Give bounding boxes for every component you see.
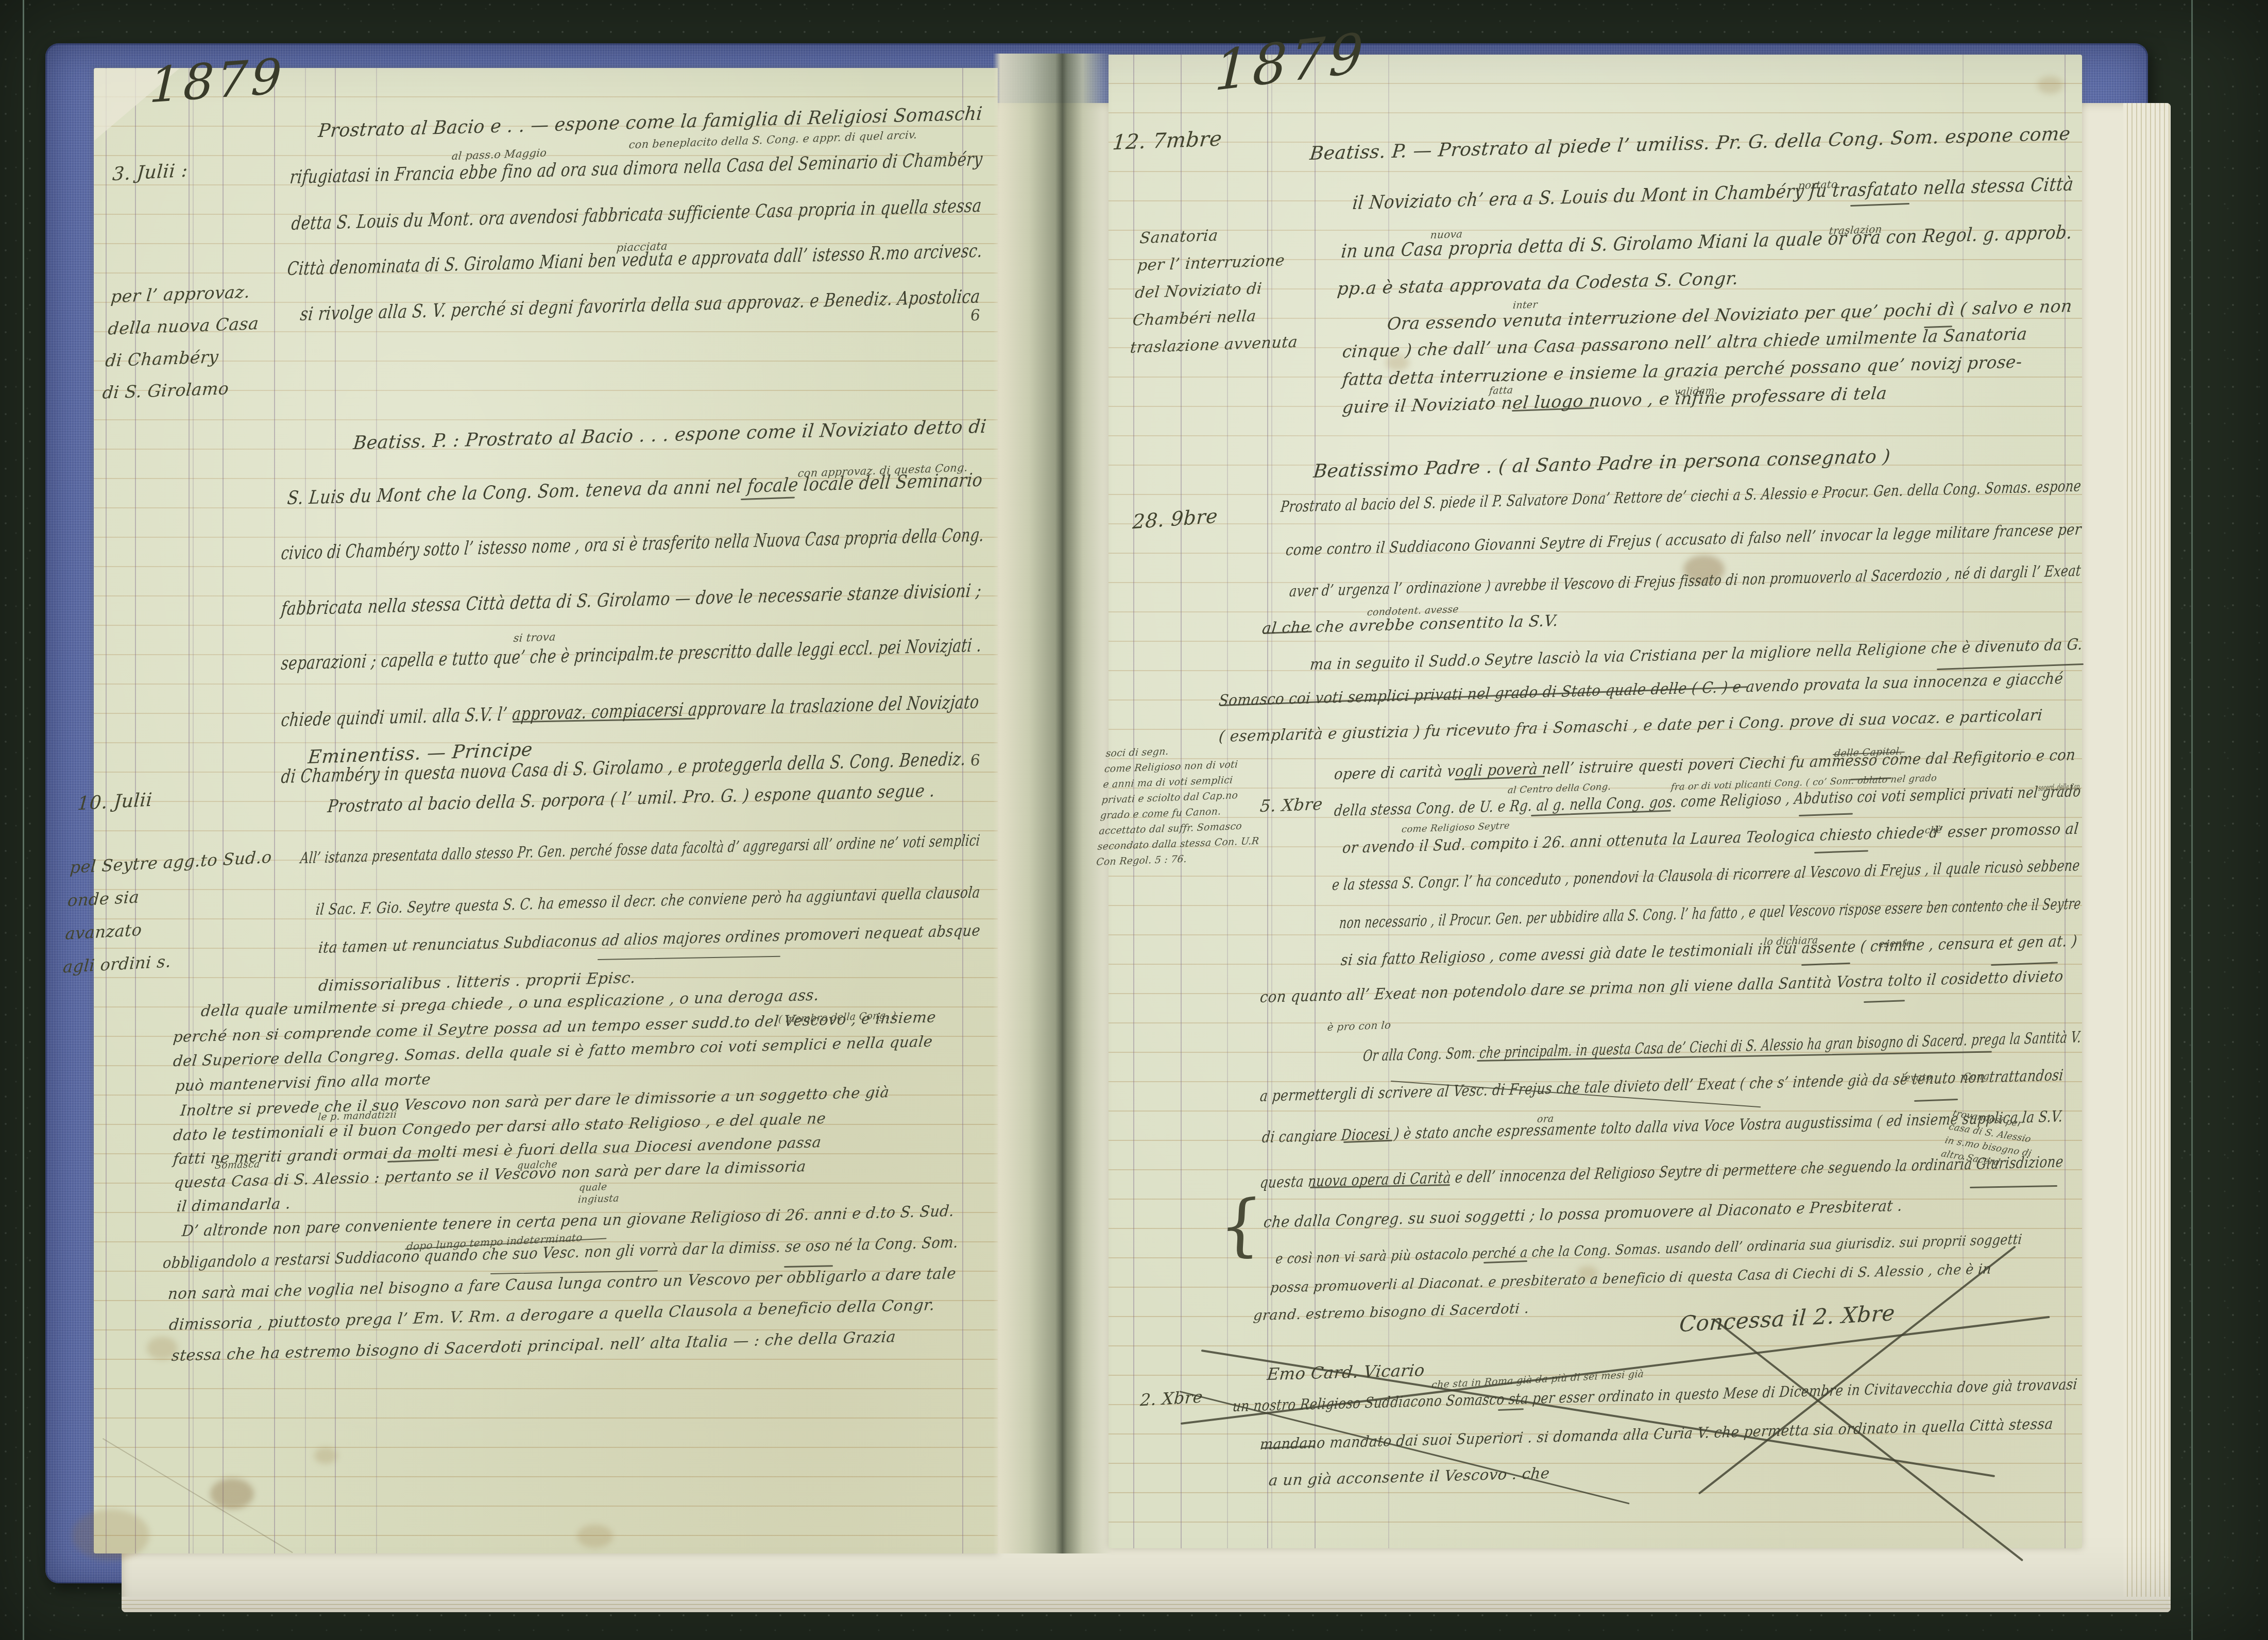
- entry3-interline-3: Somasca: [214, 1158, 261, 1172]
- entry3-line-14: il dimandarla .: [176, 1194, 292, 1216]
- entry2-interline-13: ora: [1537, 1113, 1555, 1126]
- entry3-line-3: il Sac. F. Gio. Seytre questa S. C. ha e…: [315, 883, 981, 919]
- entry3-margin-note: pel Seytre agg.to Sud.o onde sia avanzat…: [62, 840, 273, 983]
- entry2-interline-8: lo dichiara: [1763, 934, 1819, 949]
- entry3-line-1: Prostrato al bacio della S. porpora ( l’…: [327, 780, 936, 817]
- entry2-line-5: chiede quindi umil. alla S.V. l’ approva…: [280, 691, 980, 732]
- entry2-interline-11: levato: [1901, 1071, 1933, 1085]
- ink-stroke: [1201, 1349, 1995, 1477]
- entry2-line-2: civico di Chambéry sotto l’ istesso nome…: [280, 523, 985, 565]
- entry2-line-22: grand. estremo bisogno di Sacerdoti .: [1253, 1300, 1530, 1325]
- entry3-line-4: ita tamen ut renunciatus Subdiaconus ad …: [317, 921, 981, 958]
- scanned-register-photo: 1879 1879 Prostrato al Bacio e . . — esp…: [0, 0, 2268, 1640]
- entry1-line-3: detta S. Louis du Mont. ora avendosi fab…: [291, 194, 983, 235]
- entry2-line-4: separazioni ; capella e tutto que’ che è…: [280, 634, 983, 675]
- entry2-interline-2: si trova: [513, 630, 556, 645]
- entry2-interline-7: chè: [1924, 825, 1942, 837]
- ink-stroke: [598, 956, 780, 960]
- entry2-line-1: Prostrato al bacio del S. piede il P. Sa…: [1280, 476, 2082, 517]
- entry1-line-2: in una Casa propria detta di S. Girolamo…: [1340, 221, 2073, 263]
- entry2-margin-tiny: soci di segn. come Religioso non di voti…: [1096, 740, 1268, 870]
- entry2-line-1: S. Luis du Mont che la Cong. Som. teneva…: [286, 469, 984, 510]
- entry2-interline-5: sacerd. della Cap.: [2038, 781, 2082, 793]
- ink-stroke: [1970, 1185, 2057, 1188]
- entry3-interline-5: quale ingiusta: [577, 1181, 621, 1206]
- entry1-margin-note: Sanatoria per l’ interruzione del Novizi…: [1129, 219, 1308, 362]
- entry2-line-4: al che che avrebbe consentito la S.V.: [1261, 611, 1559, 639]
- entry2-line-13: si sia fatto Religioso , come avessi già…: [1340, 932, 2078, 970]
- entry2-granted: Concessa il 2. Xbre: [1678, 1300, 1896, 1338]
- entry2-margin-date: 28. 9bre: [1132, 504, 1218, 534]
- entry2-line-8: opere di carità vogli poverà nell’ istru…: [1333, 745, 2076, 784]
- ink-stroke: [1799, 813, 1853, 816]
- ink-stroke: [1991, 962, 2058, 966]
- entry1-line-3: pp.a è stata approvata da Codesta S. Con…: [1336, 268, 1740, 300]
- handwriting-layer: Prostrato al Bacio e . . — espone come l…: [0, 0, 2268, 1640]
- entry3-line-2: mandano mandato dai suoi Superiori . si …: [1259, 1414, 2054, 1454]
- entry2-interline-6: come Religioso Seytre: [1401, 821, 1510, 836]
- ink-stroke: [1814, 850, 1868, 853]
- entry2-line-3: aver d’ urgenza l’ ordinazione ) avrebbe…: [1288, 561, 2082, 602]
- entry2-line-7: ( esemplarità e giustizia ) fu ricevuto …: [1218, 706, 2043, 746]
- entry2-interline-12: Cong.: [1963, 1070, 1993, 1084]
- entry2-line-3: fabbricata nella stessa Città detta di S…: [280, 579, 983, 621]
- entry2-interline-10: è pro con lo: [1327, 1019, 1392, 1034]
- entry2-line-15: Or alla Cong. Som. che principalm. in qu…: [1362, 1028, 2082, 1066]
- entry3-line-9: può mantenervisi fino alla morte: [174, 1070, 432, 1095]
- entry2-interline-9: esente: [1878, 937, 1913, 951]
- entry2-line-2: come contro il Suddiacono Giovanni Seytr…: [1285, 520, 2082, 560]
- entry3-margin-date: 2. Xbre: [1139, 1387, 1203, 1411]
- entry1-line-5: si rivolge alla S. V. perché si degni fa…: [299, 285, 981, 326]
- entry1-interline-0: portato: [1798, 178, 1838, 192]
- entry2-brace: {: [1217, 1182, 1265, 1269]
- ink-stroke: [1864, 1000, 1905, 1003]
- entry2-line-14: con quanto all’ Exeat non potendolo dare…: [1259, 967, 2064, 1007]
- entry1-margin-note: per l’ approvaz. della nuova Casa di Cha…: [101, 276, 263, 409]
- folio-mark: 6: [969, 751, 981, 771]
- entry3-line-3: a un già acconsente il Vescovo . che: [1268, 1464, 1550, 1490]
- entry2-margin-date-2: 5. Xbre: [1259, 794, 1323, 816]
- entry2-line-21: possa promuoverli al Diaconat. e presbit…: [1270, 1260, 1992, 1296]
- entry1-margin-date: 3. Julii :: [112, 159, 189, 186]
- entry2-line-12: non necessario , il Procur. Gen. per ubb…: [1338, 894, 2082, 933]
- entry2-heading: Beatiss. P. : Prostrato al Bacio . . . e…: [352, 415, 988, 455]
- entry2-line-19: che dalla Congreg. su suoi soggetti ; lo…: [1263, 1197, 1903, 1233]
- glass-edge-right: [2191, 0, 2193, 1640]
- ink-stroke: [1850, 203, 1909, 207]
- entry1-line-1: il Noviziato ch’ era a S. Louis du Mont …: [1352, 173, 2075, 215]
- entry3-margin-date: 10. Julii: [77, 788, 153, 815]
- ink-stroke: [1498, 1408, 1524, 1411]
- entry3-line-19: stessa che ha estremo bisogno di Sacerdo…: [170, 1327, 897, 1365]
- folio-mark: 6: [969, 306, 981, 326]
- entry2-heading: Beatissimo Padre . ( al Santo Padre in p…: [1312, 445, 1891, 483]
- entry1-heading: Beatiss. P. — Prostrato al piede l’ umil…: [1309, 122, 2072, 165]
- entry2-line-11: e la stessa S. Congr. l’ ha conceduto , …: [1331, 856, 2081, 895]
- ink-stroke: [1914, 1099, 1958, 1102]
- entry3-line-2: All’ istanza presentata dallo stesso Pr.…: [299, 831, 981, 868]
- entry1-line-2: rifugiatasi in Francia ebbe fino ad ora …: [289, 148, 984, 189]
- ink-stroke: [1801, 963, 1850, 966]
- glass-edge-left: [23, 0, 24, 1640]
- entry1-margin-date: 12. 7mbre: [1112, 126, 1223, 156]
